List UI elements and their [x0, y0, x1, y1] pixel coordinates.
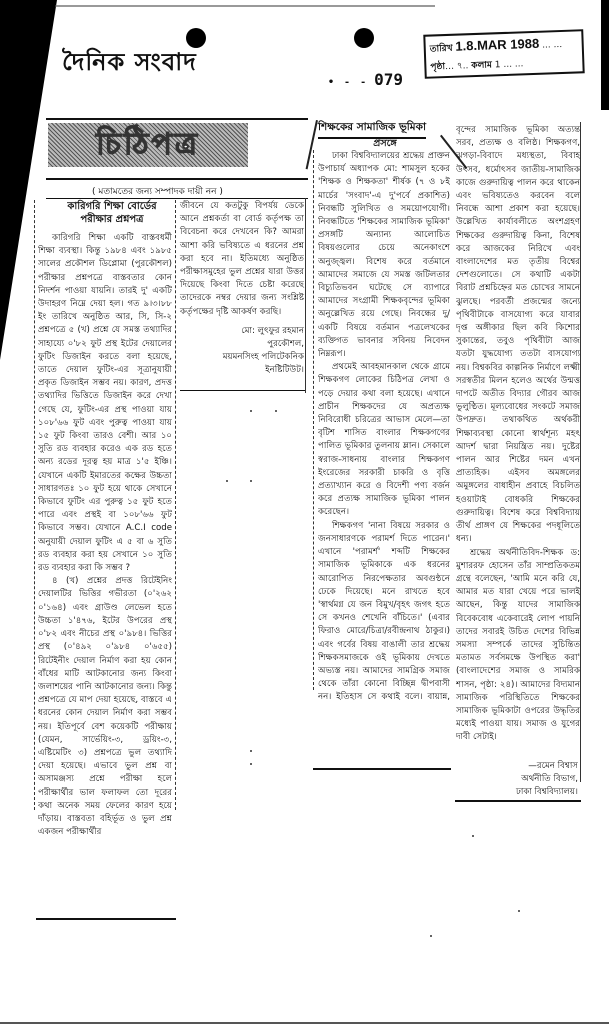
letter1-author-dept: পুরকৌশল,	[180, 338, 304, 351]
scan-black-margin-right	[601, 0, 609, 110]
letter1-paragraph: ৪ (খ) প্রশ্নের প্রদত্ত রিটেইনিং দেয়ালটি…	[38, 575, 172, 839]
letter2-paragraph: প্রথমেই আবহমানকাল থেকে গ্রামে শিক্ষকগণ ল…	[318, 361, 450, 519]
date-stamp: তারিখ 1.8.MAR 1988 ... ... পৃষ্ঠা… ৭.. ক…	[423, 29, 584, 79]
letter2-paragraph: শ্রদ্ধেয় অর্থনীতিবিদ-শিক্ষক ড: মুশাররফ …	[456, 547, 580, 745]
scan-speck	[250, 480, 252, 482]
letter1-body-col1: কারিগরি শিক্ষা একটি বাস্তবধর্মী শিক্ষা ব…	[38, 232, 172, 916]
disclaimer-rule	[46, 198, 308, 199]
letter2-body-col1: ঢাকা বিশ্ববিদ্যালয়ের শ্রদ্ধেয় প্রাক্তন…	[318, 150, 450, 700]
scan-speck	[472, 835, 474, 837]
column-divider	[305, 198, 306, 393]
clip-cut-line	[313, 150, 314, 690]
letter1-signature: মো: লুৎফুর রহমান পুরকৌশল, ময়মনসিংহ পলিট…	[180, 325, 304, 377]
letter2-author-dept: অর্থনীতি বিভাগ,	[470, 773, 578, 786]
letter1-author-inst: ময়মনসিংহ পলিটেকনিক	[180, 351, 304, 364]
letter2-signature: —রমেন বিশ্বাস অর্থনীতি বিভাগ, ঢাকা বিশ্ব…	[470, 760, 578, 799]
letter2-author: —রমেন বিশ্বাস	[470, 760, 578, 773]
letter1-author: মো: লুৎফুর রহমান	[180, 325, 304, 338]
section-banner: চিঠিপত্র	[48, 123, 248, 167]
letter1-paragraph: জীবনে যে কতটুকু বিপর্যয় ডেকে আনে প্রশ্ন…	[180, 200, 304, 319]
scan-speck	[275, 410, 277, 412]
scan-speck	[250, 410, 252, 412]
editor-disclaimer: ( মতামতের জন্য সম্পাদক দায়ী নন )	[92, 184, 223, 199]
punch-hole	[354, 28, 374, 48]
letter1-headline-line2: পরীক্ষার প্রশ্নপত্র	[52, 213, 172, 226]
stamp-column-value: 1	[495, 60, 501, 70]
letter1-body-col2: জীবনে যে কতটুকু বিপর্যয় ডেকে আনে প্রশ্ন…	[180, 200, 304, 377]
letter1-headline-line1: কারিগরি শিক্ষা বোর্ডের	[52, 200, 172, 213]
letter1-author-inst2: ইনষ্টিটিউট।	[180, 364, 304, 377]
scan-speck	[226, 480, 228, 482]
clip-cut-line	[580, 122, 581, 782]
stamp-page-label: পৃষ্ঠা	[430, 62, 445, 73]
clip-cut-line	[34, 200, 35, 810]
archive-page-code: • - -079	[328, 70, 403, 89]
clip-cut-line	[306, 120, 318, 169]
stamp-column-label: কলাম	[471, 60, 492, 71]
section-bottom-rule	[46, 178, 308, 180]
paper-top-edge	[55, 5, 435, 7]
scan-speck	[250, 750, 252, 752]
clip-bottom-edge	[36, 918, 176, 920]
clip-bottom-edge	[313, 768, 451, 770]
letter2-paragraph: বৃন্দের সামাজিক ভূমিকা অত্যন্ত সরব, প্রত…	[456, 124, 580, 547]
clip-bottom-edge	[455, 800, 581, 802]
scan-speck	[250, 763, 252, 765]
stamp-page-value: ৭	[457, 61, 463, 71]
scan-speck	[518, 910, 520, 912]
letter1-headline: কারিগরি শিক্ষা বোর্ডের পরীক্ষার প্রশ্নপত…	[52, 200, 172, 226]
clip-bottom-edge	[180, 390, 305, 391]
letter1-paragraph: কারিগরি শিক্ষা একটি বাস্তবধর্মী শিক্ষা ব…	[38, 232, 172, 575]
letter2-author-inst: ঢাকা বিশ্ববিদ্যালয়।	[470, 786, 578, 799]
newspaper-masthead: দৈনিক সংবাদ	[62, 44, 197, 84]
letter2-paragraph: শিক্ষকগণ 'নানা বিষয়ে সরকার ও জনসাধারণকে…	[318, 520, 450, 700]
section-banner-title: চিঠিপত্র	[96, 120, 200, 171]
letter2-body-col2: বৃন্দের সামাজিক ভূমিকা অত্যন্ত সরব, প্রত…	[456, 124, 580, 796]
stamp-date-value: 1.8.MAR 1988	[455, 36, 539, 54]
stamp-date-label: তারিখ	[430, 44, 453, 55]
stamp-filler: ... ...	[542, 40, 562, 51]
stamp-filler: ... ...	[503, 59, 523, 70]
scan-speck	[430, 935, 432, 937]
clip-cut-line	[175, 200, 176, 810]
letter2-paragraph: ঢাকা বিশ্ববিদ্যালয়ের শ্রদ্ধেয় প্রাক্তন…	[318, 150, 450, 361]
